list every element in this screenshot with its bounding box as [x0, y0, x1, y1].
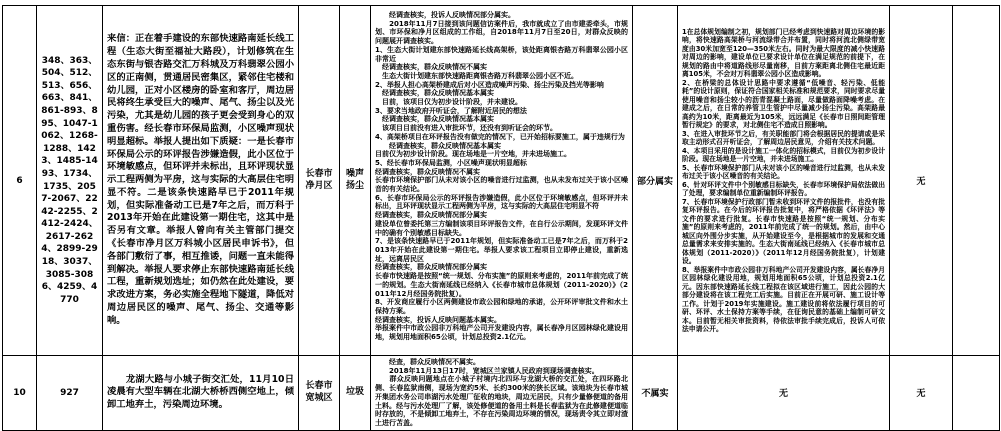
region-cell: 长春市 净月区: [299, 6, 340, 356]
verdict-cell: 部分属实: [633, 6, 678, 356]
complaint-table: 6 348、363、504、512、513、656、663、841、861-89…: [2, 5, 1000, 431]
complaint-letter-cell: 来信：正在着手建设的东部快速路南延长线工程（生态大街至福祉大路段），计划修筑在生…: [103, 6, 299, 356]
case-numbers-cell: 348、363、504、512、513、656、663、841、861-893、…: [37, 6, 103, 356]
accountability-cell: 无: [890, 356, 953, 431]
region-cell: 长春市 宽城区: [299, 356, 340, 431]
table-row: 10 927 龙湖大路与小城子街交汇处，11月10日凌晨有大型车辆在北湖大桥桥西…: [3, 356, 1000, 431]
complaint-letter-cell: 龙湖大路与小城子街交汇处，11月10日凌晨有大型车辆在北湖大桥桥西侧空地上，倾卸…: [103, 356, 299, 431]
remark-cell: [953, 356, 1000, 431]
case-numbers-cell: 927: [37, 356, 103, 431]
investigation-cell: 经调查核实，投诉人反映情况部分属实。 2018年11月7日接到该问题信访案件后，…: [371, 6, 633, 356]
row-number-cell: 10: [3, 356, 37, 431]
category-cell: 噪声 扬尘: [340, 6, 371, 356]
row-number-cell: 6: [3, 6, 37, 356]
investigation-cell: 经查，群众反映情况不属实。 2018年11月13日17时，宽城区兰家镇人民政府到…: [371, 356, 633, 431]
accountability-cell: 无: [890, 6, 953, 356]
verdict-cell: 不属实: [633, 356, 678, 431]
remark-cell: [953, 6, 1000, 356]
category-cell: 垃圾: [340, 356, 371, 431]
handling-cell: 1在总体规划编制之初，规划部门已经考虑到快速路对周边环境的影响，将快速路高架桥与…: [678, 6, 890, 356]
table-row: 6 348、363、504、512、513、656、663、841、861-89…: [3, 6, 1000, 356]
handling-cell: 无: [678, 356, 890, 431]
